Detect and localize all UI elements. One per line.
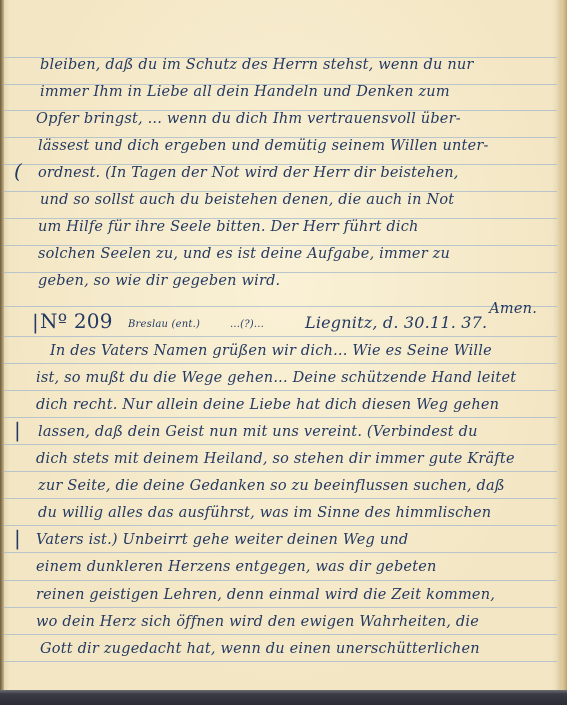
handwritten-line: zur Seite, die deine Gedanken so zu beei… [0,471,567,498]
ruled-line [4,661,557,662]
entry-header: | Nº 209 Breslau (ent.) ...(?)... Liegni… [0,306,567,336]
handwritten-line: bleiben, daß du im Schutz des Herrn steh… [0,50,567,77]
line-text: Vaters ist.) Unbeirrt gehe weiter deinen… [36,532,408,548]
line-text: lassen, daß dein Geist nun mit uns verei… [38,424,478,440]
line-text: um Hilfe für ihre Seele bitten. Der Herr… [38,219,419,235]
entry-place-date: Liegnitz, d. 30.11. 37. [305,313,487,332]
line-text: ordnest. (In Tagen der Not wird der Herr… [38,165,459,181]
line-text: wo dein Herz sich öffnen wird den ewigen… [36,614,479,630]
entry-number: Nº 209 [40,309,113,333]
line-text: Opfer bringst, ... wenn du dich Ihm vert… [36,111,461,127]
handwritten-line: dich recht. Nur allein deine Liebe hat d… [0,390,567,417]
margin-bar-mark: | [14,418,21,442]
line-text: solchen Seelen zu, und es ist deine Aufg… [38,246,450,262]
line-text: und so sollst auch du beistehen denen, d… [40,192,454,208]
line-text: immer Ihm in Liebe all dein Handeln und … [40,84,450,100]
handwritten-line: | Vaters ist.) Unbeirrt gehe weiter dein… [0,525,567,552]
handwritten-line: und so sollst auch du beistehen denen, d… [0,185,567,212]
handwritten-line: Gott dir zugedacht hat, wenn du einen un… [0,634,567,661]
line-text: reinen geistigen Lehren, denn einmal wir… [36,587,495,603]
handwritten-line: | lassen, daß dein Geist nun mit uns ver… [0,417,567,444]
entry-separator: ...(?)... [230,319,264,330]
line-text: lässest und dich ergeben und demütig sei… [38,138,489,154]
margin-bar-mark: | [32,310,39,334]
line-text: einem dunkleren Herzens entgegen, was di… [36,559,437,575]
margin-bracket-mark: ( [14,159,22,183]
handwritten-line: einem dunkleren Herzens entgegen, was di… [0,552,567,579]
notebook-cover-edge [0,690,567,705]
handwritten-line: solchen Seelen zu, und es ist deine Aufg… [0,239,567,266]
handwritten-line: ( ordnest. (In Tagen der Not wird der He… [0,158,567,185]
line-text: zur Seite, die deine Gedanken so zu beei… [38,478,505,494]
handwritten-line: Opfer bringst, ... wenn du dich Ihm vert… [0,104,567,131]
line-text: bleiben, daß du im Schutz des Herrn steh… [40,57,474,73]
entry-origin: Breslau (ent.) [128,319,200,330]
handwritten-line: geben, so wie dir gegeben wird. [0,266,567,293]
handwritten-line: wo dein Herz sich öffnen wird den ewigen… [0,607,567,634]
handwritten-line: dich stets mit deinem Heiland, so stehen… [0,444,567,471]
line-text: geben, so wie dir gegeben wird. [38,273,280,289]
line-text: dich recht. Nur allein deine Liebe hat d… [36,397,499,413]
handwritten-line: immer Ihm in Liebe all dein Handeln und … [0,77,567,104]
handwritten-line: In des Vaters Namen grüßen wir dich... W… [0,336,567,363]
handwritten-line: um Hilfe für ihre Seele bitten. Der Herr… [0,212,567,239]
handwritten-line: reinen geistigen Lehren, denn einmal wir… [0,580,567,607]
line-text: du willig alles das ausführst, was im Si… [38,505,491,521]
line-text: In des Vaters Namen grüßen wir dich... W… [50,343,492,359]
line-text: dich stets mit deinem Heiland, so stehen… [36,451,515,467]
handwritten-line: du willig alles das ausführst, was im Si… [0,498,567,525]
line-text: Gott dir zugedacht hat, wenn du einen un… [40,641,480,657]
handwritten-line: lässest und dich ergeben und demütig sei… [0,131,567,158]
handwritten-line: ist, so mußt du die Wege gehen... Deine … [0,363,567,390]
notebook-page: bleiben, daß du im Schutz des Herrn steh… [0,0,567,705]
margin-bar-mark: | [14,526,21,550]
line-text: ist, so mußt du die Wege gehen... Deine … [36,370,516,386]
